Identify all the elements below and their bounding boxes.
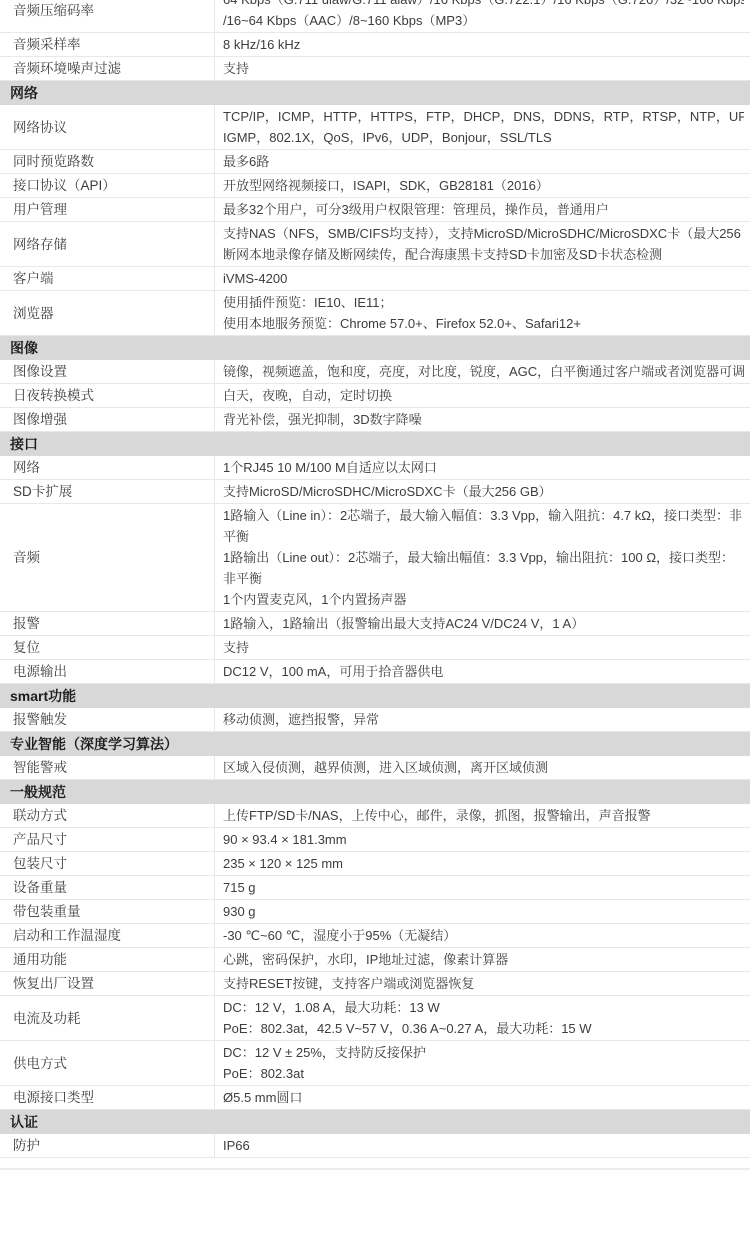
spec-row: 浏览器使用插件预览：IE10、IE11；使用本地服务预览：Chrome 57.0… <box>0 291 750 336</box>
spec-row: 报警1路输入，1路输出（报警输出最大支持AC24 V/DC24 V，1 A） <box>0 612 750 636</box>
section-header: 认证 <box>0 1110 750 1134</box>
spec-label: 电流及功耗 <box>0 996 215 1040</box>
spec-value-line: 使用本地服务预览：Chrome 57.0+、Firefox 52.0+、Safa… <box>223 313 744 334</box>
spec-value-line: 支持RESET按键，支持客户端或浏览器恢复 <box>223 973 744 994</box>
spec-value: 90 × 93.4 × 181.3mm <box>215 828 750 851</box>
spec-label: 图像设置 <box>0 360 215 383</box>
spec-row: 通用功能心跳，密码保护，水印，IP地址过滤，像素计算器 <box>0 948 750 972</box>
spec-value-line: 1个内置麦克风，1个内置扬声器 <box>223 589 744 610</box>
spec-label: 音频采样率 <box>0 33 215 56</box>
spec-value-line: 移动侦测，遮挡报警，异常 <box>223 709 744 730</box>
spec-value: 心跳，密码保护，水印，IP地址过滤，像素计算器 <box>215 948 750 971</box>
spec-value: 背光补偿，强光抑制，3D数字降噪 <box>215 408 750 431</box>
spec-row: 客户端iVMS-4200 <box>0 267 750 291</box>
spec-value-line: 支持MicroSD/MicroSDHC/MicroSDXC卡（最大256 GB） <box>223 481 744 502</box>
spec-label: 音频 <box>0 504 215 611</box>
spec-value-line: 支持 <box>223 637 744 658</box>
spec-value: 支持MicroSD/MicroSDHC/MicroSDXC卡（最大256 GB） <box>215 480 750 503</box>
spec-label: 网络存储 <box>0 222 215 266</box>
spec-value: IP66 <box>215 1134 750 1157</box>
spec-value: 930 g <box>215 900 750 923</box>
spec-row: 图像设置镜像，视频遮盖，饱和度，亮度，对比度，锐度，AGC，白平衡通过客户端或者… <box>0 360 750 384</box>
spec-row: 包装尺寸235 × 120 × 125 mm <box>0 852 750 876</box>
spec-label: 音频压缩码率 <box>0 0 215 32</box>
spec-value-line: 8 kHz/16 kHz <box>223 34 744 55</box>
spec-value-line: 非平衡 <box>223 568 744 589</box>
spec-row: 联动方式上传FTP/SD卡/NAS，上传中心，邮件，录像，抓图，报警输出，声音报… <box>0 804 750 828</box>
spec-value-line: 1路输出（Line out）：2芯端子，最大输出幅值：3.3 Vpp，输出阻抗：… <box>223 547 744 568</box>
spec-value-line: DC：12 V ± 25%，支持防反接保护 <box>223 1042 744 1063</box>
spec-value: 上传FTP/SD卡/NAS，上传中心，邮件，录像，抓图，报警输出，声音报警 <box>215 804 750 827</box>
spec-value-line: Ø5.5 mm圆口 <box>223 1087 744 1108</box>
spec-value-line: 1路输入，1路输出（报警输出最大支持AC24 V/DC24 V，1 A） <box>223 613 744 634</box>
spec-row: 音频压缩码率64 Kbps（G.711 ulaw/G.711 alaw）/16 … <box>0 0 750 33</box>
spec-value: 715 g <box>215 876 750 899</box>
section-header: 接口 <box>0 432 750 456</box>
spec-value: -30 ℃~60 ℃，湿度小于95%（无凝结） <box>215 924 750 947</box>
spec-label: 联动方式 <box>0 804 215 827</box>
spec-row: 报警触发移动侦测，遮挡报警，异常 <box>0 708 750 732</box>
spec-label: 设备重量 <box>0 876 215 899</box>
spec-label: 供电方式 <box>0 1041 215 1085</box>
section-header: 专业智能（深度学习算法） <box>0 732 750 756</box>
page-divider <box>0 1168 750 1170</box>
spec-label: 音频环境噪声过滤 <box>0 57 215 80</box>
spec-row: 防护IP66 <box>0 1134 750 1158</box>
spec-row: 电流及功耗DC：12 V，1.08 A，最大功耗：13 WPoE：802.3at… <box>0 996 750 1041</box>
section-header: 一般规范 <box>0 780 750 804</box>
spec-row: 智能警戒区域入侵侦测，越界侦测，进入区域侦测，离开区域侦测 <box>0 756 750 780</box>
spec-value: 支持 <box>215 57 750 80</box>
spec-row: 带包装重量930 g <box>0 900 750 924</box>
spec-value: 区域入侵侦测，越界侦测，进入区域侦测，离开区域侦测 <box>215 756 750 779</box>
spec-label: SD卡扩展 <box>0 480 215 503</box>
spec-value-line: 1路输入（Line in）：2芯端子，最大输入幅值：3.3 Vpp，输入阻抗：4… <box>223 505 744 526</box>
spec-value-line: 区域入侵侦测，越界侦测，进入区域侦测，离开区域侦测 <box>223 757 744 778</box>
spec-value: TCP/IP，ICMP，HTTP，HTTPS，FTP，DHCP，DNS，DDNS… <box>215 105 750 149</box>
section-header: 图像 <box>0 336 750 360</box>
spec-value: 开放型网络视频接口，ISAPI，SDK，GB28181（2016） <box>215 174 750 197</box>
spec-value-line: IGMP，802.1X，QoS，IPv6，UDP，Bonjour，SSL/TLS <box>223 127 744 148</box>
spec-label: 报警 <box>0 612 215 635</box>
spec-value-line: 930 g <box>223 901 744 922</box>
spec-value-line: IP66 <box>223 1135 744 1156</box>
spec-label: 包装尺寸 <box>0 852 215 875</box>
spec-label: 复位 <box>0 636 215 659</box>
spec-value-line: 断网本地录像存储及断网续传，配合海康黑卡支持SD卡加密及SD卡状态检测 <box>223 244 744 265</box>
spec-row: 音频1路输入（Line in）：2芯端子，最大输入幅值：3.3 Vpp，输入阻抗… <box>0 504 750 612</box>
spec-row: 电源接口类型Ø5.5 mm圆口 <box>0 1086 750 1110</box>
spec-value: 支持 <box>215 636 750 659</box>
spec-value-line: TCP/IP，ICMP，HTTP，HTTPS，FTP，DHCP，DNS，DDNS… <box>223 106 744 127</box>
spec-value: 最多6路 <box>215 150 750 173</box>
spec-label: 电源接口类型 <box>0 1086 215 1109</box>
spec-row: 音频采样率8 kHz/16 kHz <box>0 33 750 57</box>
spec-value-line: 心跳，密码保护，水印，IP地址过滤，像素计算器 <box>223 949 744 970</box>
spec-value-line: -30 ℃~60 ℃，湿度小于95%（无凝结） <box>223 925 744 946</box>
spec-row: 图像增强背光补偿，强光抑制，3D数字降噪 <box>0 408 750 432</box>
spec-label: 产品尺寸 <box>0 828 215 851</box>
spec-value-line: iVMS-4200 <box>223 268 744 289</box>
spec-label: 电源输出 <box>0 660 215 683</box>
spec-value-line: 715 g <box>223 877 744 898</box>
spec-value-line: /16~64 Kbps（AAC）/8~160 Kbps（MP3） <box>223 10 744 31</box>
spec-value: DC12 V，100 mA，可用于拾音器供电 <box>215 660 750 683</box>
spec-value-line: 上传FTP/SD卡/NAS，上传中心，邮件，录像，抓图，报警输出，声音报警 <box>223 805 744 826</box>
spec-row: 供电方式DC：12 V ± 25%，支持防反接保护PoE：802.3at <box>0 1041 750 1086</box>
spec-value-line: 支持 <box>223 58 744 79</box>
spec-value-line: 最多32个用户，可分3级用户权限管理：管理员，操作员，普通用户 <box>223 199 744 220</box>
spec-value: 使用插件预览：IE10、IE11；使用本地服务预览：Chrome 57.0+、F… <box>215 291 750 335</box>
spec-table: 音频压缩码率64 Kbps（G.711 ulaw/G.711 alaw）/16 … <box>0 0 750 1158</box>
spec-label: 同时预览路数 <box>0 150 215 173</box>
spec-row: 启动和工作温湿度-30 ℃~60 ℃，湿度小于95%（无凝结） <box>0 924 750 948</box>
spec-row: 同时预览路数最多6路 <box>0 150 750 174</box>
spec-value-line: 90 × 93.4 × 181.3mm <box>223 829 744 850</box>
spec-value-line: DC12 V，100 mA，可用于拾音器供电 <box>223 661 744 682</box>
spec-label: 通用功能 <box>0 948 215 971</box>
spec-label: 图像增强 <box>0 408 215 431</box>
spec-value: DC：12 V ± 25%，支持防反接保护PoE：802.3at <box>215 1041 750 1085</box>
spec-value: 1路输入，1路输出（报警输出最大支持AC24 V/DC24 V，1 A） <box>215 612 750 635</box>
spec-label: 恢复出厂设置 <box>0 972 215 995</box>
spec-value: 镜像，视频遮盖，饱和度，亮度，对比度，锐度，AGC，白平衡通过客户端或者浏览器可… <box>215 360 750 383</box>
spec-label: 浏览器 <box>0 291 215 335</box>
spec-value-line: 1个RJ45 10 M/100 M自适应以太网口 <box>223 457 744 478</box>
spec-value: 64 Kbps（G.711 ulaw/G.711 alaw）/16 Kbps（G… <box>215 0 750 32</box>
spec-value-line: 背光补偿，强光抑制，3D数字降噪 <box>223 409 744 430</box>
spec-label: 用户管理 <box>0 198 215 221</box>
spec-label: 客户端 <box>0 267 215 290</box>
spec-label: 启动和工作温湿度 <box>0 924 215 947</box>
spec-value: 移动侦测，遮挡报警，异常 <box>215 708 750 731</box>
spec-value-line: PoE：802.3at，42.5 V~57 V，0.36 A~0.27 A，最大… <box>223 1018 744 1039</box>
spec-label: 报警触发 <box>0 708 215 731</box>
spec-value-line: DC：12 V，1.08 A，最大功耗：13 W <box>223 997 744 1018</box>
spec-value-line: 235 × 120 × 125 mm <box>223 853 744 874</box>
spec-row: 接口协议（API）开放型网络视频接口，ISAPI，SDK，GB28181（201… <box>0 174 750 198</box>
spec-value: 最多32个用户，可分3级用户权限管理：管理员，操作员，普通用户 <box>215 198 750 221</box>
spec-value-line: 最多6路 <box>223 151 744 172</box>
spec-value: 1个RJ45 10 M/100 M自适应以太网口 <box>215 456 750 479</box>
spec-value: 235 × 120 × 125 mm <box>215 852 750 875</box>
spec-row: 网络协议TCP/IP，ICMP，HTTP，HTTPS，FTP，DHCP，DNS，… <box>0 105 750 150</box>
spec-label: 日夜转换模式 <box>0 384 215 407</box>
spec-value-line: 镜像，视频遮盖，饱和度，亮度，对比度，锐度，AGC，白平衡通过客户端或者浏览器可… <box>223 361 744 382</box>
spec-label: 智能警戒 <box>0 756 215 779</box>
spec-label: 防护 <box>0 1134 215 1157</box>
spec-row: 电源输出DC12 V，100 mA，可用于拾音器供电 <box>0 660 750 684</box>
spec-value-line: 开放型网络视频接口，ISAPI，SDK，GB28181（2016） <box>223 175 744 196</box>
spec-value: 8 kHz/16 kHz <box>215 33 750 56</box>
spec-value: 支持NAS（NFS，SMB/CIFS均支持），支持MicroSD/MicroSD… <box>215 222 750 266</box>
spec-row: 网络1个RJ45 10 M/100 M自适应以太网口 <box>0 456 750 480</box>
spec-row: 恢复出厂设置支持RESET按键，支持客户端或浏览器恢复 <box>0 972 750 996</box>
spec-value-line: 支持NAS（NFS，SMB/CIFS均支持），支持MicroSD/MicroSD… <box>223 223 744 244</box>
spec-value-line: 64 Kbps（G.711 ulaw/G.711 alaw）/16 Kbps（G… <box>223 0 744 10</box>
spec-value-line: 白天，夜晚，自动，定时切换 <box>223 385 744 406</box>
section-header: smart功能 <box>0 684 750 708</box>
spec-value-line: PoE：802.3at <box>223 1063 744 1084</box>
spec-value-line: 使用插件预览：IE10、IE11； <box>223 292 744 313</box>
spec-value-line: 平衡 <box>223 526 744 547</box>
spec-value: 支持RESET按键，支持客户端或浏览器恢复 <box>215 972 750 995</box>
section-header: 网络 <box>0 81 750 105</box>
spec-row: 用户管理最多32个用户，可分3级用户权限管理：管理员，操作员，普通用户 <box>0 198 750 222</box>
spec-value: Ø5.5 mm圆口 <box>215 1086 750 1109</box>
spec-row: 日夜转换模式白天，夜晚，自动，定时切换 <box>0 384 750 408</box>
spec-value: 白天，夜晚，自动，定时切换 <box>215 384 750 407</box>
spec-value: iVMS-4200 <box>215 267 750 290</box>
spec-row: SD卡扩展支持MicroSD/MicroSDHC/MicroSDXC卡（最大25… <box>0 480 750 504</box>
spec-label: 接口协议（API） <box>0 174 215 197</box>
spec-value: DC：12 V，1.08 A，最大功耗：13 WPoE：802.3at，42.5… <box>215 996 750 1040</box>
spec-row: 复位支持 <box>0 636 750 660</box>
spec-row: 设备重量715 g <box>0 876 750 900</box>
spec-row: 产品尺寸90 × 93.4 × 181.3mm <box>0 828 750 852</box>
spec-label: 带包装重量 <box>0 900 215 923</box>
spec-label: 网络 <box>0 456 215 479</box>
spec-value: 1路输入（Line in）：2芯端子，最大输入幅值：3.3 Vpp，输入阻抗：4… <box>215 504 750 611</box>
spec-row: 网络存储支持NAS（NFS，SMB/CIFS均支持），支持MicroSD/Mic… <box>0 222 750 267</box>
spec-label: 网络协议 <box>0 105 215 149</box>
spec-row: 音频环境噪声过滤支持 <box>0 57 750 81</box>
